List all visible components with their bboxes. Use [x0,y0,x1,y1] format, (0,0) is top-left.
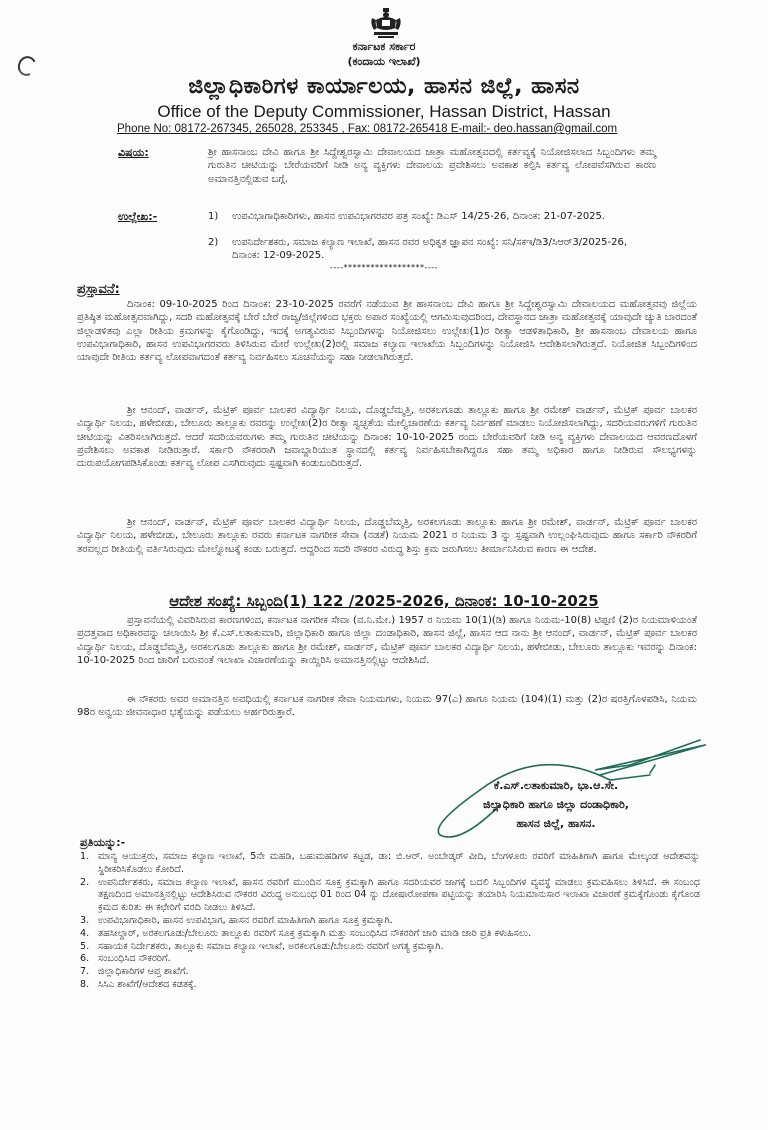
subject-label: ವಿಷಯ: [118,146,149,160]
contact-line: Phone No: 08172-267345, 265028, 253345 ,… [117,123,667,135]
copy-recipient: 1.ಮಾನ್ಯ ಆಯುಕ್ತರು, ಸಮಾಜ ಕಲ್ಯಾಣ ಇಲಾಖೆ, 5ನೇ… [80,851,700,877]
department-name: (ಕಂದಾಯ ಇಲಾಖೆ) [0,55,768,69]
copy-recipient: 2.ಉಪನಿರ್ದೇಶಕರು, ಸಮಾಜ ಕಲ್ಯಾಣ ಇಲಾಖೆ, ಹಾಸನ … [80,877,700,915]
copy-recipient: 7.ಜಿಲ್ಲಾಧಿಕಾರಿಗಳ ಆಪ್ತ ಶಾಖೆಗೆ. [80,966,700,979]
signatory-designation: ಜಿಲ್ಲಾಧಿಕಾರಿ ಹಾಗೂ ಜಿಲ್ಲಾ ದಂಡಾಧಿಕಾರಿ, [446,795,666,814]
order-paragraph: ಈ ನೌಕರರು ಅವರ ಅಮಾನತ್ತಿನ ಅವಧಿಯಲ್ಲಿ ಕರ್ನಾಟಕ… [77,693,697,720]
copy-recipient: 8.ಸಿಸಿಎ ಶಾಖೆಗೆ/ಆದೇಶದ ಕಡತಕ್ಕೆ. [80,979,700,992]
signatory-place: ಹಾಸನ ಜಿಲ್ಲೆ, ಹಾಸನ. [446,814,666,833]
reference-item: 1) ಉಪವಿಭಾಗಾಧಿಕಾರಿಗಳು, ಹಾಸನ ಉಪವಿಭಾಗರವರ ಪತ… [208,210,658,238]
preamble-paragraph: ದಿನಾಂಕ: 09-10-2025 ರಿಂದ ದಿನಾಂಕ: 23-10-20… [77,298,697,364]
copy-recipient: 6.ಸಂಬಂಧಿಸಿದ ನೌಕರರಿಗೆ. [80,953,700,966]
office-title-kannada: ಜಿಲ್ಲಾಧಿಕಾರಿಗಳ ಕಾರ್ಯಾಲಯ, ಹಾಸನ ಜಿಲ್ಲೆ, ಹಾ… [0,74,768,99]
reference-text: ಉಪವಿಭಾಗಾಧಿಕಾರಿಗಳು, ಹಾಸನ ಉಪವಿಭಾಗರವರ ಪತ್ರ … [232,210,652,223]
references-label: ಉಲ್ಲೇಖ:- [118,210,157,224]
copies-list: 1.ಮಾನ್ಯ ಆಯುಕ್ತರು, ಸಮಾಜ ಕಲ್ಯಾಣ ಇಲಾಖೆ, 5ನೇ… [80,851,700,992]
reference-number: 2) [208,236,218,249]
signatory-name: ಕೆ.ಎಸ್.ಲತಾಕುಮಾರಿ, ಭಾ.ಆ.ಸೇ. [446,776,666,795]
order-paragraph: ಪ್ರಸ್ತಾವನೆಯಲ್ಲಿ ವಿವರಿಸಿರುವ ಕಾರಣಗಳಿಂದ, ಕರ… [77,614,697,667]
subject-text: ಶ್ರೀ ಹಾಸನಾಂಬ ದೇವಿ ಹಾಗೂ ಶ್ರೀ ಸಿದ್ದೇಶ್ವರಸ್… [208,146,656,186]
copy-recipient: 3.ಉಪವಿಭಾಗಾಧಿಕಾರಿ, ಹಾಸನ ಉಪವಿಭಾಗ, ಹಾಸನ ರವರ… [80,915,700,928]
reference-number: 1) [208,210,218,223]
government-name: ಕರ್ನಾಟಕ ಸರ್ಕಾರ [0,40,768,54]
state-emblem-icon [368,6,404,40]
order-number-heading: ಆದೇಶ ಸಂಖ್ಯೆ: ಸಿಬ್ಬಂದಿ(1) 122 /2025-2026,… [0,592,768,610]
preamble-heading: ಪ್ರಸ್ತಾವನೆ: [77,282,120,297]
preamble-paragraph: ಶ್ರೀ ಆನಂದ್, ವಾರ್ಡನ್, ಮೆಟ್ರಿಕ್ ಪೂರ್ವ ಬಾಲಕ… [77,516,697,556]
reference-text: ಉಪನಿರ್ದೇಶಕರು, ಸಮಾಜ ಕಲ್ಯಾಣ ಇಲಾಖೆ, ಹಾಸನ ರವ… [232,236,652,263]
copy-recipient: 5.ಸಹಾಯಕ ನಿರ್ದೇಶಕರು, ತಾಲ್ಲೂಕು ಸಮಾಜ ಕಲ್ಯಾಣ… [80,941,700,954]
copies-heading: ಪ್ರತಿಯನ್ನು:- [80,836,125,850]
copy-recipient: 4.ತಹಸೀಲ್ದಾರ್, ಅರಕಲಗೂಡು/ಬೇಲೂರು ತಾಲ್ಲೂಕು ರ… [80,928,700,941]
preamble-paragraph: ಶ್ರೀ ಆನಂದ್, ವಾರ್ಡನ್, ಮೆಟ್ರಿಕ್ ಪೂರ್ವ ಬಾಲಕ… [77,404,697,470]
office-title-english: Office of the Deputy Commissioner, Hassa… [0,102,768,122]
separator-line: ----******************---- [0,263,768,272]
signatory-block: ಕೆ.ಎಸ್.ಲತಾಕುಮಾರಿ, ಭಾ.ಆ.ಸೇ. ಜಿಲ್ಲಾಧಿಕಾರಿ … [446,776,666,833]
reference-item: 2) ಉಪನಿರ್ದೇಶಕರು, ಸಮಾಜ ಕಲ್ಯಾಣ ಇಲಾಖೆ, ಹಾಸನ… [208,236,658,264]
document-page: ಕರ್ನಾಟಕ ಸರ್ಕಾರ (ಕಂದಾಯ ಇಲಾಖೆ) ಜಿಲ್ಲಾಧಿಕಾರ… [0,0,768,1130]
